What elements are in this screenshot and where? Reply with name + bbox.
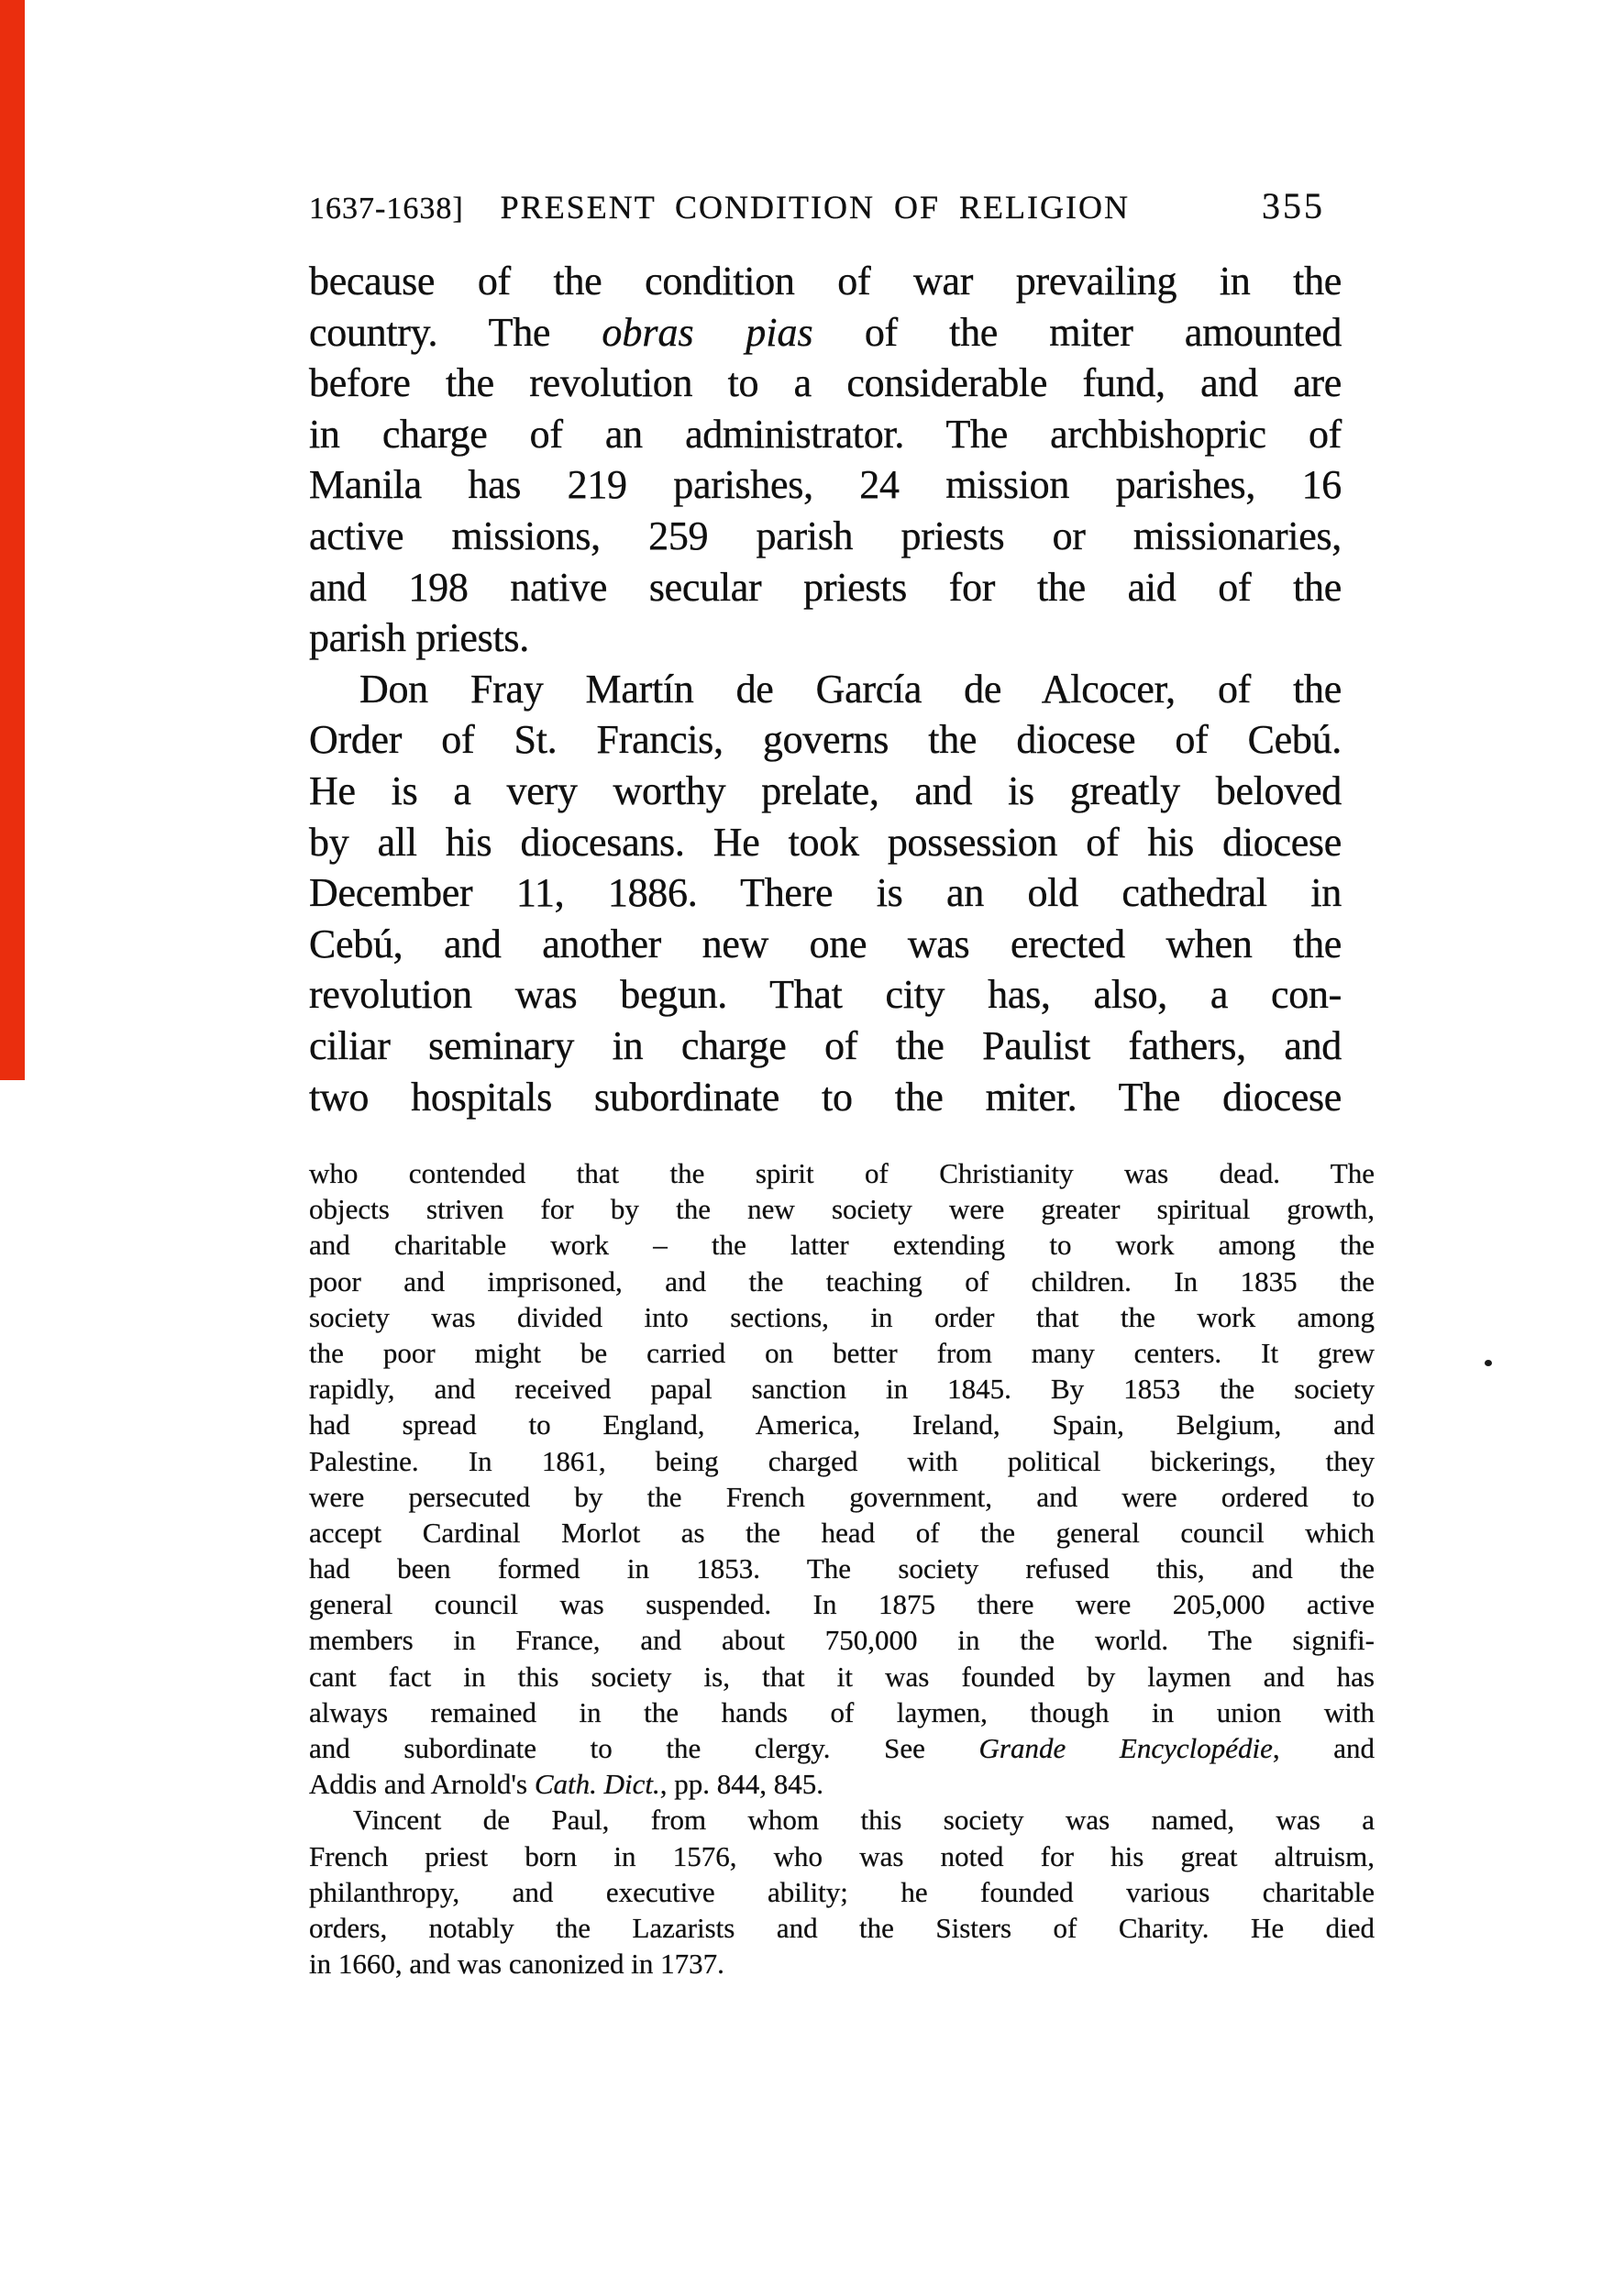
footnote-block: who contended that the spirit of Christi… xyxy=(309,1155,1375,1981)
text-segment: ciliar seminary in charge of the Paulist… xyxy=(309,1023,1342,1068)
text-line: revolution was begun. That city has, als… xyxy=(309,969,1342,1021)
book-page-scan: 1637-1638] PRESENT CONDITION OF RELIGION… xyxy=(0,0,1624,2274)
running-title: PRESENT CONDITION OF RELIGION xyxy=(501,191,1130,224)
text-segment: cant fact in this society is, that it wa… xyxy=(309,1661,1375,1693)
text-segment: society was divided into sections, in or… xyxy=(309,1301,1375,1333)
text-line: general council was suspended. In 1875 t… xyxy=(309,1586,1375,1622)
text-line: two hospitals subordinate to the miter. … xyxy=(309,1072,1342,1123)
text-line: were persecuted by the French government… xyxy=(309,1479,1375,1515)
text-line: country. The obras pias of the miter amo… xyxy=(309,307,1342,359)
text-segment: Order of St. Francis, governs the dioces… xyxy=(309,717,1342,762)
text-line: accept Cardinal Morlot as the head of th… xyxy=(309,1515,1375,1551)
header-year-range: 1637-1638] xyxy=(309,193,464,225)
text-segment: Addis and Arnold's xyxy=(309,1768,535,1800)
text-segment: revolution was begun. That city has, als… xyxy=(309,972,1342,1017)
text-line: active missions, 259 parish priests or m… xyxy=(309,511,1342,562)
text-segment: always remained in the hands of laymen, … xyxy=(309,1696,1375,1728)
text-line: objects striven for by the new society w… xyxy=(309,1191,1375,1227)
text-segment: rapidly, and received papal sanction in … xyxy=(309,1373,1375,1405)
scanner-edge-artifact xyxy=(0,0,25,1080)
text-line: because of the condition of war prevaili… xyxy=(309,256,1342,307)
page-number: 355 xyxy=(1262,188,1325,225)
text-line: in charge of an administrator. The archb… xyxy=(309,409,1342,460)
text-segment: had been formed in 1853. The society ref… xyxy=(309,1552,1375,1584)
text-line: ciliar seminary in charge of the Paulist… xyxy=(309,1021,1342,1072)
text-line: and subordinate to the clergy. See Grand… xyxy=(309,1730,1375,1766)
text-segment: Don Fray Martín de García de Alcocer, of… xyxy=(359,667,1342,712)
text-segment: who contended that the spirit of Christi… xyxy=(309,1157,1375,1189)
text-line: December 11, 1886. There is an old cathe… xyxy=(309,867,1342,919)
text-segment: general council was suspended. In 1875 t… xyxy=(309,1588,1375,1620)
text-segment: of the miter amounted xyxy=(813,310,1342,355)
text-line: Don Fray Martín de García de Alcocer, of… xyxy=(309,664,1342,715)
text-segment: before the revolution to a considerable … xyxy=(309,360,1342,405)
text-segment: had spread to England, America, Ireland,… xyxy=(309,1408,1375,1441)
text-line: in 1660, and was canonized in 1737. xyxy=(309,1946,1375,1981)
text-line: He is a very worthy prelate, and is grea… xyxy=(309,766,1342,817)
text-line: French priest born in 1576, who was note… xyxy=(309,1838,1375,1874)
text-line: always remained in the hands of laymen, … xyxy=(309,1694,1375,1730)
text-segment: Cebú, and another new one was erected wh… xyxy=(309,922,1342,966)
text-line: poor and imprisoned, and the teaching of… xyxy=(309,1264,1375,1299)
text-segment: December 11, 1886. There is an old cathe… xyxy=(309,870,1342,915)
text-segment: and subordinate to the clergy. See xyxy=(309,1732,979,1764)
text-segment: in charge of an administrator. The archb… xyxy=(309,412,1342,457)
ink-spot-artifact xyxy=(1485,1360,1492,1366)
text-line: orders, notably the Lazarists and the Si… xyxy=(309,1910,1375,1946)
text-segment: in 1660, and was canonized in 1737. xyxy=(309,1948,724,1980)
italic-text-segment: obras pias xyxy=(602,310,812,355)
text-line: had been formed in 1853. The society ref… xyxy=(309,1551,1375,1586)
text-line: Manila has 219 parishes, 24 mission pari… xyxy=(309,459,1342,511)
running-header: 1637-1638] PRESENT CONDITION OF RELIGION… xyxy=(309,188,1343,225)
text-line: Addis and Arnold's Cath. Dict., pp. 844,… xyxy=(309,1766,1375,1802)
text-segment: were persecuted by the French government… xyxy=(309,1481,1375,1513)
text-line: before the revolution to a considerable … xyxy=(309,358,1342,409)
italic-text-segment: Cath. Dict. xyxy=(535,1768,660,1800)
text-line: Cebú, and another new one was erected wh… xyxy=(309,919,1342,970)
text-segment: Vincent de Paul, from whom this society … xyxy=(353,1804,1375,1836)
text-segment: parish priests. xyxy=(309,615,529,660)
text-line: Order of St. Francis, governs the dioces… xyxy=(309,714,1342,766)
text-line: rapidly, and received papal sanction in … xyxy=(309,1371,1375,1407)
text-segment: because of the condition of war prevaili… xyxy=(309,259,1342,304)
text-line: and 198 native secular priests for the a… xyxy=(309,562,1342,613)
text-line: had spread to England, America, Ireland,… xyxy=(309,1407,1375,1442)
main-text-block: because of the condition of war prevaili… xyxy=(309,256,1342,1122)
text-segment: members in France, and about 750,000 in … xyxy=(309,1624,1375,1656)
text-line: Palestine. In 1861, being charged with p… xyxy=(309,1443,1375,1479)
text-segment: and 198 native secular priests for the a… xyxy=(309,565,1342,610)
text-line: philanthropy, and executive ability; he … xyxy=(309,1874,1375,1910)
text-segment: He is a very worthy prelate, and is grea… xyxy=(309,768,1342,813)
text-segment: poor and imprisoned, and the teaching of… xyxy=(309,1265,1375,1297)
text-segment: two hospitals subordinate to the miter. … xyxy=(309,1075,1342,1120)
text-line: parish priests. xyxy=(309,613,1342,664)
text-segment: , and xyxy=(1273,1732,1375,1764)
text-segment: Manila has 219 parishes, 24 mission pari… xyxy=(309,462,1342,507)
text-line: who contended that the spirit of Christi… xyxy=(309,1155,1375,1191)
text-line: members in France, and about 750,000 in … xyxy=(309,1622,1375,1658)
text-segment: philanthropy, and executive ability; he … xyxy=(309,1876,1375,1908)
text-segment: objects striven for by the new society w… xyxy=(309,1193,1375,1225)
text-segment: orders, notably the Lazarists and the Si… xyxy=(309,1912,1375,1944)
text-line: by all his diocesans. He took possession… xyxy=(309,817,1342,868)
text-line: society was divided into sections, in or… xyxy=(309,1299,1375,1335)
text-line: the poor might be carried on better from… xyxy=(309,1335,1375,1371)
italic-text-segment: Grande Encyclopédie xyxy=(979,1732,1273,1764)
text-line: cant fact in this society is, that it wa… xyxy=(309,1659,1375,1694)
text-segment: , pp. 844, 845. xyxy=(660,1768,823,1800)
text-segment: country. The xyxy=(309,310,602,355)
text-segment: Palestine. In 1861, being charged with p… xyxy=(309,1445,1375,1477)
text-segment: French priest born in 1576, who was note… xyxy=(309,1840,1375,1872)
text-segment: accept Cardinal Morlot as the head of th… xyxy=(309,1517,1375,1549)
text-segment: active missions, 259 parish priests or m… xyxy=(309,513,1342,558)
text-line: and charitable work – the latter extendi… xyxy=(309,1227,1375,1263)
text-segment: and charitable work – the latter extendi… xyxy=(309,1229,1375,1261)
text-segment: the poor might be carried on better from… xyxy=(309,1337,1375,1369)
text-line: Vincent de Paul, from whom this society … xyxy=(309,1802,1375,1838)
text-segment: by all his diocesans. He took possession… xyxy=(309,820,1342,865)
